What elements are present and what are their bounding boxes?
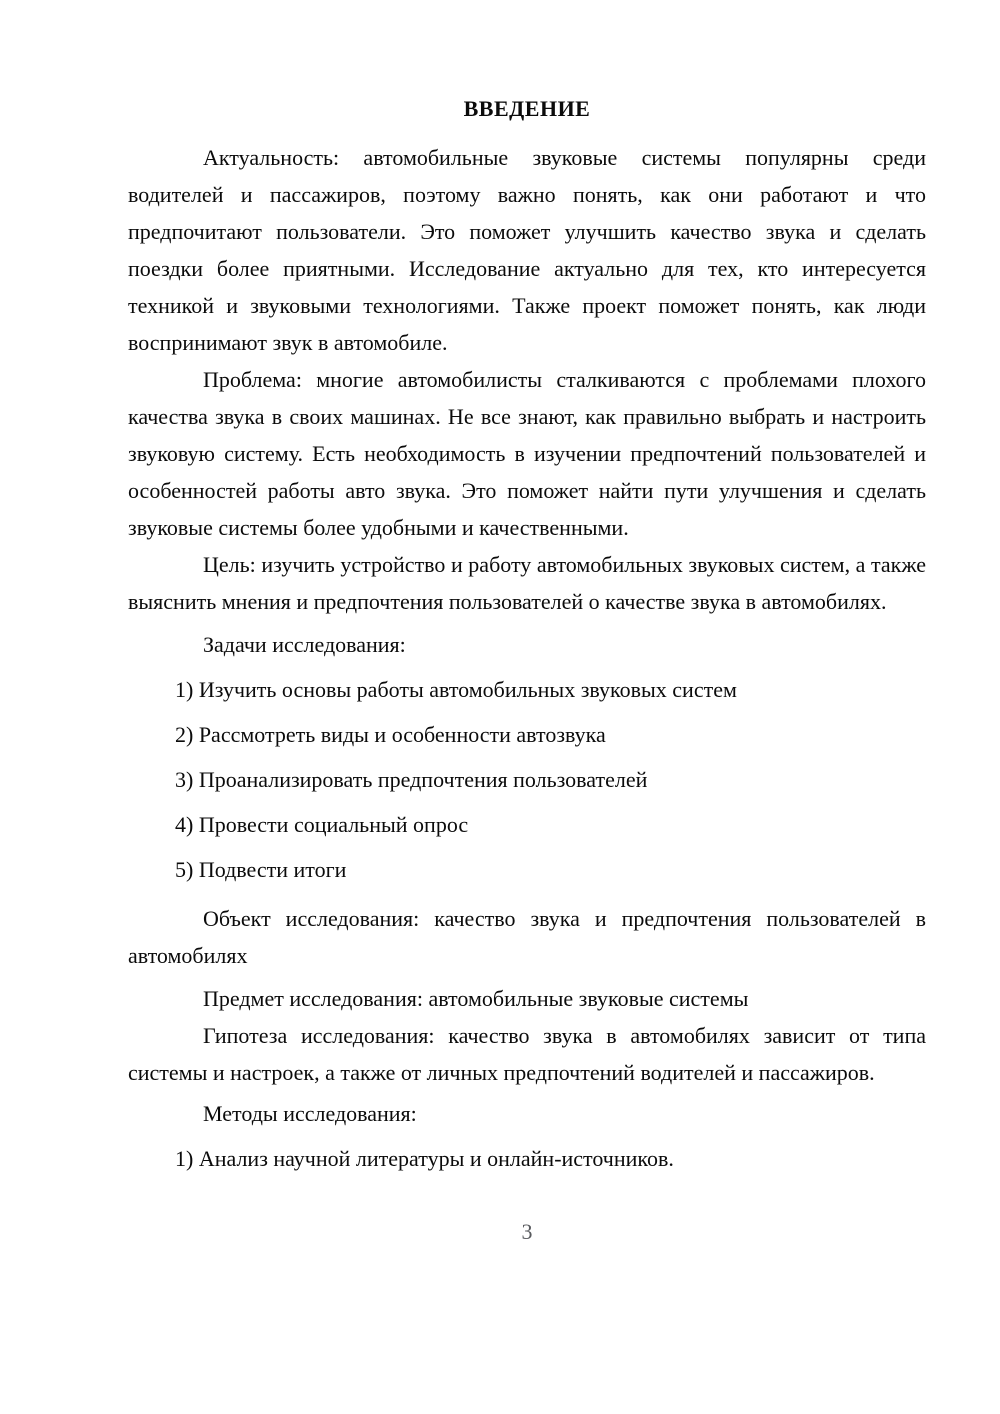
paragraph-tasks-label: Задачи исследования: bbox=[128, 626, 926, 663]
task-list-item-1: 1) Изучить основы работы автомобильных з… bbox=[128, 671, 926, 708]
task-list-item-2: 2) Рассмотреть виды и особенности автозв… bbox=[128, 716, 926, 753]
document-title: ВВЕДЕНИЕ bbox=[128, 90, 926, 127]
paragraph-object: Объект исследования: качество звука и пр… bbox=[128, 900, 926, 974]
page-number: 3 bbox=[128, 1213, 926, 1250]
paragraph-problem: Проблема: многие автомобилисты сталкиваю… bbox=[128, 361, 926, 546]
paragraph-subject: Предмет исследования: автомобильные звук… bbox=[128, 980, 926, 1017]
paragraph-hypothesis: Гипотеза исследования: качество звука в … bbox=[128, 1017, 926, 1091]
task-list-item-3: 3) Проанализировать предпочтения пользов… bbox=[128, 761, 926, 798]
paragraph-goal: Цель: изучить устройство и работу автомо… bbox=[128, 546, 926, 620]
task-list-item-4: 4) Провести социальный опрос bbox=[128, 806, 926, 843]
paragraph-methods-label: Методы исследования: bbox=[128, 1095, 926, 1132]
methods-list-item-1: 1) Анализ научной литературы и онлайн-ис… bbox=[128, 1140, 926, 1177]
document-page: ВВЕДЕНИЕ Актуальность: автомобильные зву… bbox=[0, 0, 1000, 1414]
task-list-item-5: 5) Подвести итоги bbox=[128, 851, 926, 888]
paragraph-relevance: Актуальность: автомобильные звуковые сис… bbox=[128, 139, 926, 361]
